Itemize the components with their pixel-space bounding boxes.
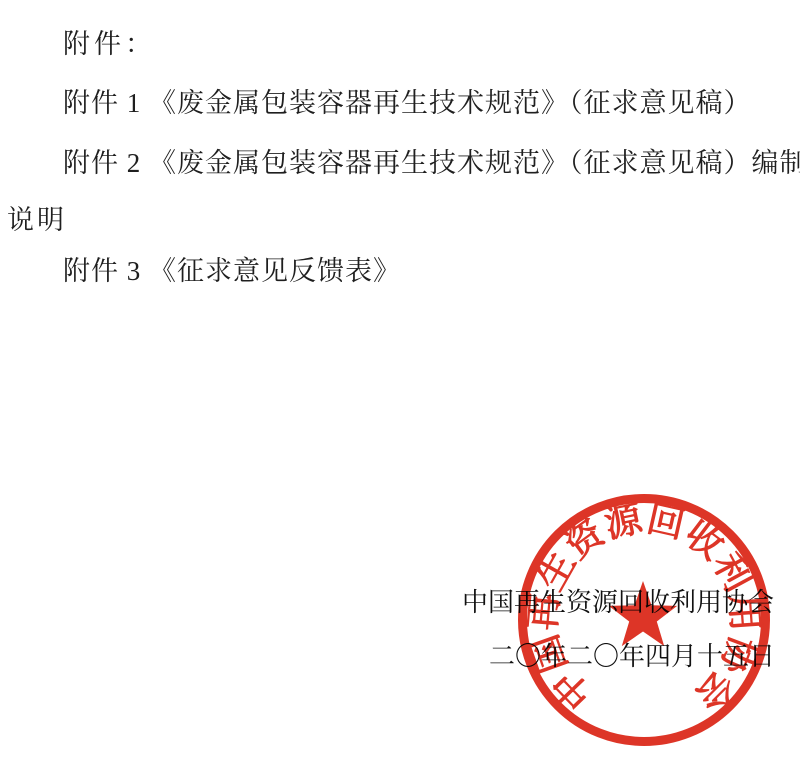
attachment-2-line-2: 说明 — [7, 204, 67, 236]
document-page: 附件： 附件 1 《废金属包装容器再生技术规范》（征求意见稿） 附件 2 《废金… — [0, 0, 800, 784]
attachments-heading: 附件： — [63, 28, 156, 60]
attachment-2-line-1: 附件 2 《废金属包装容器再生技术规范》（征求意见稿）编制 — [63, 147, 800, 179]
attachment-3-line: 附件 3 《征求意见反馈表》 — [63, 255, 401, 287]
official-seal: 中国再生资源回收利用协会 — [512, 488, 776, 752]
attachment-1-line: 附件 1 《废金属包装容器再生技术规范》（征求意见稿） — [63, 87, 752, 119]
star-icon — [609, 581, 677, 646]
